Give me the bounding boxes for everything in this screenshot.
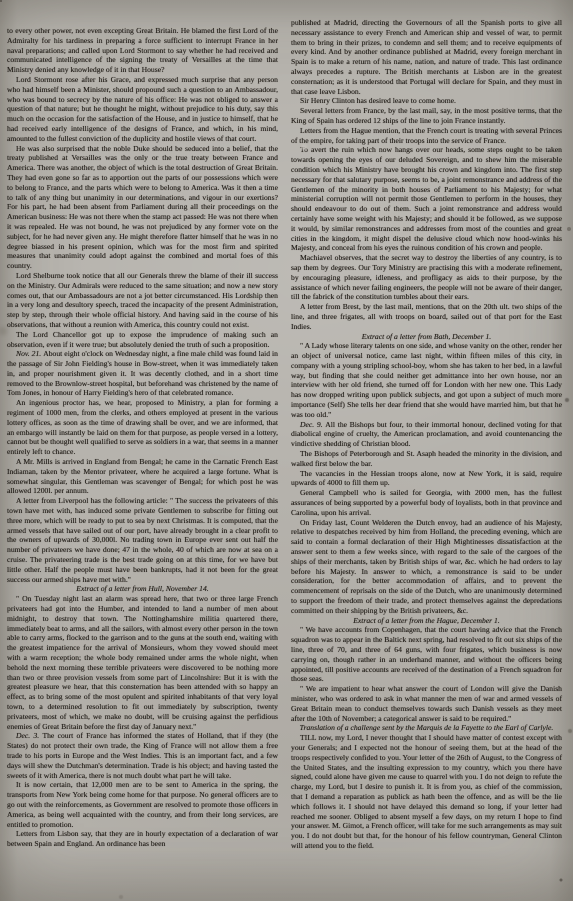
letter-extract-heading: Extract of a letter from Hull, November … (7, 584, 278, 594)
paragraph: Letters from the Hague mention, that the… (291, 126, 562, 146)
letter-extract-heading: Extract of a letter from the Hague, Dece… (291, 616, 562, 626)
paragraph: A Mr. Mills is arrived in England from B… (7, 457, 278, 496)
paragraph: " We have accounts from Copenhagen, that… (291, 625, 562, 684)
paragraph: TILL now, my Lord, I never thought that … (291, 733, 562, 851)
paragraph: " We are impatient to hear what answer t… (291, 684, 562, 723)
paragraph: Several letters from France, by the last… (291, 106, 562, 126)
paragraph: Dec. 9. All the Bishops but four, to the… (291, 420, 562, 449)
paragraph: Lord Stormont rose after his Grace, and … (7, 75, 278, 144)
paragraph: He was also surprised that the noble Duk… (7, 144, 278, 271)
paragraph: The vacancies in the Hessian troops alon… (291, 469, 562, 489)
date-lead: Dec. 3. (16, 731, 42, 740)
left-column: to every other power, not even excepting… (7, 26, 278, 849)
paragraph: " A Lady whose literary talents on one s… (291, 341, 562, 419)
paragraph: The Lord Chancellor got up to expose the… (7, 330, 278, 350)
paragraph: Sir Henry Clinton has desired leave to c… (291, 96, 562, 106)
paragraph: General Campbell who is sailed for Georg… (291, 488, 562, 517)
paragraph: published at Madrid, directing the Gover… (291, 18, 562, 96)
paragraph: Nov. 21. About eight o'clock on Wednesda… (7, 349, 278, 398)
date-lead: Nov. 21. (16, 349, 43, 358)
paragraph: It is now certain, that 12,000 men are t… (7, 780, 278, 829)
paragraph: A letter from Brest, by the last mail, m… (291, 302, 562, 331)
right-column: published at Madrid, directing the Gover… (291, 18, 562, 851)
letter-extract-heading: Translation of a challenge sent by the M… (291, 723, 562, 733)
paragraph: A letter from Liverpool has the followin… (7, 496, 278, 584)
paragraph: On Friday last, Count Welderen the Dutch… (291, 518, 562, 616)
newspaper-page: to every other power, not even excepting… (0, 0, 573, 901)
paragraph: Dec. 3. The court of France has informed… (7, 731, 278, 780)
paragraph: The Bishops of Peterborough and St. Asap… (291, 449, 562, 469)
date-lead: Dec. 9. (300, 420, 325, 429)
paragraph: " On Tuesday night last an alarm was spr… (7, 594, 278, 731)
paragraph: Machiavel observes, that the secret way … (291, 253, 562, 302)
paragraph: An ingenious proctor has, we hear, propo… (7, 398, 278, 457)
letter-extract-heading: Extract of a letter from Bath, December … (291, 332, 562, 342)
paragraph: Lord Shelburne took notice that all our … (7, 271, 278, 330)
paragraph: Letters from Lisbon say, that they are i… (7, 829, 278, 849)
paragraph: To avert the ruin which now hangs over o… (291, 145, 562, 253)
paragraph: to every other power, not even excepting… (7, 26, 278, 75)
